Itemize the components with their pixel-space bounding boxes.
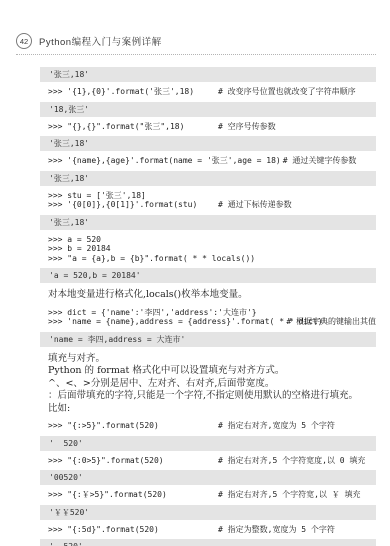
code-line: >>> '{1},{0}'.format('张三',18)# 改变序号位置也就改…: [48, 87, 376, 97]
code-block: >>> a = 520>>> b = 20184>>> "a = {a},b =…: [40, 235, 376, 264]
code-text: >>> "a = {a},b = {b}".format( * * locals…: [48, 254, 255, 264]
code-comment: # 指定为整数,宽度为 5 个字符: [216, 525, 335, 535]
output-box: '￥￥520': [40, 505, 376, 520]
code-comment: # 改变序号位置也就改变了字符串顺序: [216, 87, 356, 97]
paragraph-line: 填充与对齐。: [48, 353, 376, 366]
code-line: >>> stu = ['张三',18]: [48, 191, 376, 201]
paragraph-line: 对本地变量进行格式化,locals()枚举本地变量。: [48, 289, 376, 302]
output-box: 'a = 520,b = 20184': [40, 268, 376, 283]
output-box: '张三,18': [40, 215, 376, 230]
code-line: >>> "{:0>5}".format(520)# 指定右对齐,5 个字符宽度,…: [48, 456, 376, 466]
page-number-badge: 42: [16, 33, 32, 49]
code-line: >>> "a = {a},b = {b}".format( * * locals…: [48, 254, 376, 264]
code-block: >>> "{:>5}".format(520)# 指定右对齐,宽度为 5 个字符: [40, 421, 376, 431]
code-text: >>> "{:>5}".format(520): [48, 421, 216, 431]
code-line: >>> "{:>5}".format(520)# 指定右对齐,宽度为 5 个字符: [48, 421, 376, 431]
book-title: Python编程入门与案例详解: [39, 34, 162, 48]
paragraph-line: 比如:: [48, 403, 376, 416]
output-box: '张三,18': [40, 136, 376, 151]
code-block: >>> '{1},{0}'.format('张三',18)# 改变序号位置也就改…: [40, 87, 376, 97]
code-comment: # 根据字典的键输出其值: [284, 317, 376, 327]
code-comment: # 空序号传参数: [216, 122, 276, 132]
paragraph-line: Python 的 format 格式化中可以设置填充与对齐方式。: [48, 365, 376, 378]
code-text: >>> "{:￥>5}".format(520): [48, 490, 216, 500]
code-line: >>> "{:5d}".format(520)# 指定为整数,宽度为 5 个字符: [48, 525, 376, 535]
paragraph: 对本地变量进行格式化,locals()枚举本地变量。: [40, 289, 376, 302]
code-block: >>> '{name},{age}'.format(name = '张三',ag…: [40, 156, 376, 166]
code-text: >>> '{0[0]},{0[1]}'.format(stu): [48, 200, 216, 210]
code-text: >>> b = 20184: [48, 244, 216, 254]
output-box: '18,张三': [40, 102, 376, 117]
output-box: ' 520': [40, 539, 376, 546]
code-line: >>> dict = {'name':'李四','address':'大连市'}: [48, 308, 376, 318]
code-text: >>> a = 520: [48, 235, 216, 245]
code-comment: # 指定右对齐,宽度为 5 个字符: [216, 421, 335, 431]
paragraph-line: ：后面带填充的字符,只能是一个字符,不指定则使用默认的空格进行填充。: [48, 390, 376, 403]
page-header: 42 Python编程入门与案例详解: [16, 33, 376, 55]
output-box: ' 520': [40, 436, 376, 451]
code-text: >>> dict = {'name':'李四','address':'大连市'}: [48, 308, 257, 318]
code-text: >>> '{name},{age}'.format(name = '张三',ag…: [48, 156, 281, 166]
output-box: 'name = 李四,address = 大连市': [40, 332, 376, 347]
code-comment: # 指定右对齐,5 个字符宽,以 ￥ 填充: [216, 490, 361, 500]
code-text: >>> "{:5d}".format(520): [48, 525, 216, 535]
code-text: >>> '{1},{0}'.format('张三',18): [48, 87, 216, 97]
code-line: >>> '{0[0]},{0[1]}'.format(stu)# 通过下标传递参…: [48, 200, 376, 210]
code-block: >>> "{},{}".format("张三",18)# 空序号传参数: [40, 122, 376, 132]
code-block: >>> "{:￥>5}".format(520)# 指定右对齐,5 个字符宽,以…: [40, 490, 376, 500]
code-block: >>> stu = ['张三',18]>>> '{0[0]},{0[1]}'.f…: [40, 191, 376, 210]
code-text: >>> "{},{}".format("张三",18): [48, 122, 216, 132]
book-page: 42 Python编程入门与案例详解 '张三,18'>>> '{1},{0}'.…: [0, 0, 390, 546]
code-text: >>> 'name = {name},address = {address}'.…: [48, 317, 284, 327]
code-comment: # 通过下标传递参数: [216, 200, 292, 210]
code-text: >>> stu = ['张三',18]: [48, 191, 216, 201]
code-line: >>> a = 520: [48, 235, 376, 245]
code-line: >>> b = 20184: [48, 244, 376, 254]
paragraph-line: ^、<、>分别是居中、左对齐、右对齐,后面带宽度。: [48, 378, 376, 391]
code-line: >>> "{},{}".format("张三",18)# 空序号传参数: [48, 122, 376, 132]
code-text: >>> "{:0>5}".format(520): [48, 456, 216, 466]
output-box: '张三,18': [40, 171, 376, 186]
code-block: >>> "{:5d}".format(520)# 指定为整数,宽度为 5 个字符: [40, 525, 376, 535]
code-block: >>> "{:0>5}".format(520)# 指定右对齐,5 个字符宽度,…: [40, 456, 376, 466]
code-line: >>> 'name = {name},address = {address}'.…: [48, 317, 376, 327]
code-line: >>> '{name},{age}'.format(name = '张三',ag…: [48, 156, 376, 166]
code-comment: # 通过关键字传参数: [281, 156, 357, 166]
output-box: '00520': [40, 470, 376, 485]
code-block: >>> dict = {'name':'李四','address':'大连市'}…: [40, 308, 376, 327]
paragraph: 填充与对齐。Python 的 format 格式化中可以设置填充与对齐方式。^、…: [40, 353, 376, 416]
content: '张三,18'>>> '{1},{0}'.format('张三',18)# 改变…: [0, 55, 390, 546]
output-box: '张三,18': [40, 67, 376, 82]
code-comment: # 指定右对齐,5 个字符宽度,以 0 填充: [216, 456, 365, 466]
code-line: >>> "{:￥>5}".format(520)# 指定右对齐,5 个字符宽,以…: [48, 490, 376, 500]
